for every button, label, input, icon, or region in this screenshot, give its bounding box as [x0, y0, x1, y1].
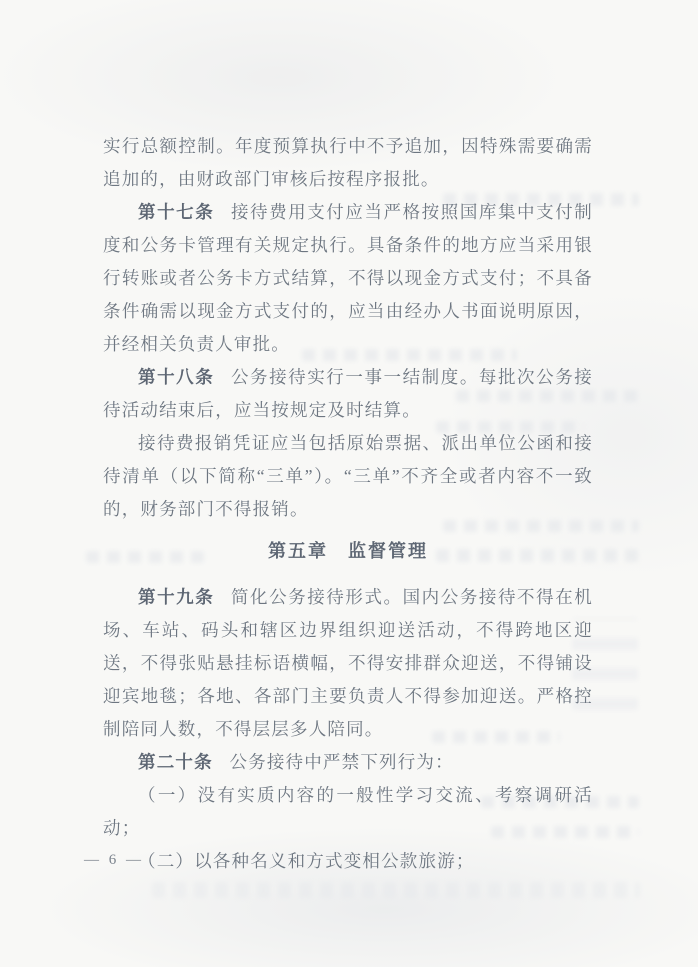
paragraph: 第十七条接待费用支付应当严格按照国库集中支付制度和公务卡管理有关规定执行。具备条… — [103, 196, 593, 361]
paragraph: （一）没有实质内容的一般性学习交流、考察调研活动； — [103, 779, 593, 845]
chapter-heading: 第五章 监督管理 — [103, 535, 593, 568]
paragraph: 实行总额控制。年度预算执行中不予追加，因特殊需要确需追加的，由财政部门审核后按程… — [103, 130, 593, 196]
article-number: 第二十条 — [138, 752, 213, 772]
document-body: 实行总额控制。年度预算执行中不予追加，因特殊需要确需追加的，由财政部门审核后按程… — [103, 130, 593, 878]
paragraph: 第二十条公务接待中严禁下列行为： — [103, 746, 593, 779]
page-number: — 6 — — [84, 852, 144, 869]
paragraph: （二）以各种名义和方式变相公款旅游； — [103, 845, 593, 878]
scanned-page: 实行总额控制。年度预算执行中不予追加，因特殊需要确需追加的，由财政部门审核后按程… — [0, 0, 698, 967]
article-number: 第十八条 — [138, 367, 214, 387]
paragraph: 第十九条简化公务接待形式。国内公务接待不得在机场、车站、码头和辖区边界组织迎送活… — [103, 581, 593, 746]
paragraph: 接待费报销凭证应当包括原始票据、派出单位公函和接待清单（以下简称“三单”）。“三… — [103, 427, 593, 526]
bleed-through-smudge — [152, 882, 640, 898]
article-number: 第十七条 — [138, 202, 214, 222]
paragraph: 第十八条公务接待实行一事一结制度。每批次公务接待活动结束后，应当按规定及时结算。 — [103, 361, 593, 427]
article-number: 第十九条 — [138, 587, 214, 607]
